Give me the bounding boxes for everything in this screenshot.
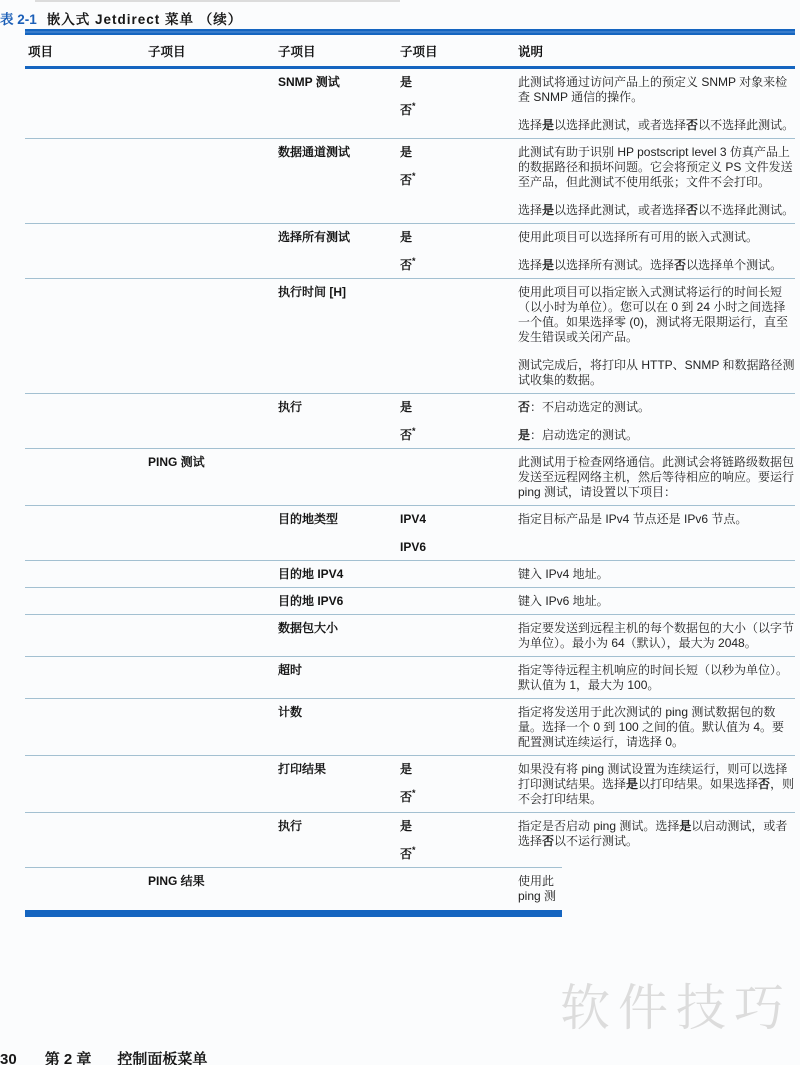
values-cell: 是否*	[400, 819, 518, 862]
table-row: 打印结果是否*如果没有将 ping 测试设置为连续运行，则可以选择打印测试结果。…	[25, 756, 795, 812]
item-cell	[28, 230, 148, 273]
description-cell: 指定将发送用于此次测试的 ping 测试数据包的数量。选择一个 0 到 100 …	[518, 705, 795, 750]
subitem2-cell: 执行	[278, 400, 400, 443]
description-cell: 键入 IPv6 地址。	[518, 594, 795, 609]
item-cell	[28, 621, 148, 651]
item-cell	[28, 663, 148, 693]
table-row: 执行是否*指定是否启动 ping 测试。选择是以启动测试，或者选择否以不运行测试…	[25, 813, 795, 867]
description-cell: 指定要发送到远程主机的每个数据包的大小（以字节为单位）。最小为 64（默认），最…	[518, 621, 795, 651]
table-row: 目的地 IPV6键入 IPv6 地址。	[25, 588, 795, 614]
subitem2-cell	[278, 874, 400, 904]
table-row: 超时指定等待远程主机响应的时间长短（以秒为单位）。默认值为 1，最大为 100。	[25, 657, 795, 698]
subitem1-cell: PING 结果	[148, 874, 278, 904]
table-row: 执行是否*否：不启动选定的测试。是：启动选定的测试。	[25, 394, 795, 448]
value-option: 是	[400, 762, 518, 777]
values-cell	[400, 455, 518, 500]
subitem1-cell	[148, 145, 278, 218]
description-cell: 指定等待远程主机响应的时间长短（以秒为单位）。默认值为 1，最大为 100。	[518, 663, 795, 693]
table-row: 数据包大小指定要发送到远程主机的每个数据包的大小（以字节为单位）。最小为 64（…	[25, 615, 795, 656]
values-cell	[400, 874, 518, 904]
values-cell: 是否*	[400, 400, 518, 443]
subitem1-cell	[148, 594, 278, 609]
values-cell: 是否*	[400, 230, 518, 273]
subitem1-cell	[148, 762, 278, 807]
table-row: 执行时间 [H]使用此项目可以指定嵌入式测试将运行的时间长短（以小时为单位）。您…	[25, 279, 795, 393]
value-option: 否*	[400, 103, 518, 118]
header-item: 项目	[28, 42, 148, 60]
subitem2-cell: 数据包大小	[278, 621, 400, 651]
subitem2-cell: 目的地 IPV6	[278, 594, 400, 609]
subitem1-cell	[148, 230, 278, 273]
subitem2-cell: 目的地类型	[278, 512, 400, 555]
value-option: 是	[400, 819, 518, 834]
table-row: PING 测试此测试用于检查网络通信。此测试会将链路级数据包发送至远程网络主机，…	[25, 449, 795, 505]
footer-chapter: 第 2 章	[45, 1051, 92, 1065]
subitem1-cell	[148, 400, 278, 443]
description-cell: 否：不启动选定的测试。是：启动选定的测试。	[518, 400, 795, 443]
subitem2-cell: 目的地 IPV4	[278, 567, 400, 582]
values-cell	[400, 663, 518, 693]
description-cell: 键入 IPv4 地址。	[518, 567, 795, 582]
header-subitem-1: 子项目	[148, 42, 278, 60]
item-cell	[28, 145, 148, 218]
description-cell: 此测试有助于识别 HP postscript level 3 仿真产品上的数据路…	[518, 145, 795, 218]
header-subitem-3: 子项目	[400, 42, 518, 60]
values-cell: 是否*	[400, 75, 518, 133]
table-row: PING 结果使用此ping 测	[25, 868, 795, 909]
table-row: 目的地 IPV4键入 IPv4 地址。	[25, 561, 795, 587]
subitem2-cell: 执行	[278, 819, 400, 862]
values-cell	[400, 567, 518, 582]
table-bottom-rule	[25, 910, 562, 917]
footer-chapter-title: 控制面板菜单	[117, 1051, 207, 1065]
subitem1-cell: PING 测试	[148, 455, 278, 500]
table-caption: 表 2-1嵌入式 Jetdirect 菜单 （续）	[0, 8, 242, 28]
watermark-text: 软件技巧	[560, 968, 792, 1040]
table-row: 选择所有测试是否*使用此项目可以选择所有可用的嵌入式测试。选择是以选择所有测试。…	[25, 224, 795, 278]
footer-page-number: 30	[0, 1051, 17, 1065]
subitem2-cell: 数据通道测试	[278, 145, 400, 218]
value-option: 是	[400, 145, 518, 160]
item-cell	[28, 874, 148, 904]
description-cell: 指定是否启动 ping 测试。选择是以启动测试，或者选择否以不运行测试。	[518, 819, 795, 862]
item-cell	[28, 455, 148, 500]
subitem1-cell	[148, 819, 278, 862]
subitem1-cell	[148, 512, 278, 555]
item-cell	[28, 762, 148, 807]
subitem1-cell	[148, 621, 278, 651]
item-cell	[28, 285, 148, 388]
value-option: 是	[400, 400, 518, 415]
value-option: 否*	[400, 173, 518, 188]
table-row: 计数指定将发送用于此次测试的 ping 测试数据包的数量。选择一个 0 到 10…	[25, 699, 795, 755]
description-cell: 指定目标产品是 IPv4 节点还是 IPv6 节点。	[518, 512, 795, 555]
table-row: SNMP 测试是否*此测试将通过访问产品上的预定义 SNMP 对象来检查 SNM…	[25, 69, 795, 138]
subitem1-cell	[148, 663, 278, 693]
description-cell: 使用此项目可以选择所有可用的嵌入式测试。选择是以选择所有测试。选择否以选择单个测…	[518, 230, 795, 273]
header-subitem-2: 子项目	[278, 42, 400, 60]
table-caption-title: 嵌入式 Jetdirect 菜单 （续）	[47, 12, 243, 27]
values-cell: 是否*	[400, 762, 518, 807]
values-cell	[400, 621, 518, 651]
subitem1-cell	[148, 567, 278, 582]
values-cell	[400, 594, 518, 609]
subitem2-cell: 计数	[278, 705, 400, 750]
values-cell	[400, 705, 518, 750]
page-footer: 30第 2 章控制面板菜单	[0, 1048, 207, 1065]
values-cell	[400, 285, 518, 388]
value-option: 是	[400, 75, 518, 90]
subitem1-cell	[148, 75, 278, 133]
table-row: 数据通道测试是否*此测试有助于识别 HP postscript level 3 …	[25, 139, 795, 223]
value-option: 否*	[400, 258, 518, 273]
table-rows: SNMP 测试是否*此测试将通过访问产品上的预定义 SNMP 对象来检查 SNM…	[25, 69, 795, 909]
values-cell: IPV4IPV6	[400, 512, 518, 555]
value-option: IPV4	[400, 512, 518, 527]
value-option: IPV6	[400, 540, 518, 555]
value-option: 是	[400, 230, 518, 245]
description-cell: 此测试将通过访问产品上的预定义 SNMP 对象来检查 SNMP 通信的操作。选择…	[518, 75, 795, 133]
table-header-row: 项目 子项目 子项目 子项目 说明	[25, 35, 795, 66]
value-option: 否*	[400, 428, 518, 443]
scan-artifact-line	[35, 0, 400, 2]
jetdirect-menu-table: 项目 子项目 子项目 子项目 说明 SNMP 测试是否*此测试将通过访问产品上的…	[25, 29, 795, 917]
values-cell: 是否*	[400, 145, 518, 218]
item-cell	[28, 75, 148, 133]
subitem1-cell	[148, 285, 278, 388]
subitem2-cell: 选择所有测试	[278, 230, 400, 273]
description-cell: 使用此ping 测	[518, 874, 795, 904]
value-option: 否*	[400, 790, 518, 805]
item-cell	[28, 594, 148, 609]
description-cell: 如果没有将 ping 测试设置为连续运行，则可以选择打印测试结果。选择是以打印结…	[518, 762, 795, 807]
table-caption-label: 表 2-1	[0, 12, 37, 27]
subitem2-cell: 执行时间 [H]	[278, 285, 400, 388]
subitem2-cell: SNMP 测试	[278, 75, 400, 133]
subitem1-cell	[148, 705, 278, 750]
item-cell	[28, 400, 148, 443]
description-cell: 使用此项目可以指定嵌入式测试将运行的时间长短（以小时为单位）。您可以在 0 到 …	[518, 285, 795, 388]
table-row: 目的地类型IPV4IPV6指定目标产品是 IPv4 节点还是 IPv6 节点。	[25, 506, 795, 560]
value-option: 否*	[400, 847, 518, 862]
item-cell	[28, 512, 148, 555]
header-description: 说明	[518, 42, 795, 60]
item-cell	[28, 705, 148, 750]
description-cell: 此测试用于检查网络通信。此测试会将链路级数据包发送至远程网络主机，然后等待相应的…	[518, 455, 795, 500]
subitem2-cell	[278, 455, 400, 500]
subitem2-cell: 打印结果	[278, 762, 400, 807]
subitem2-cell: 超时	[278, 663, 400, 693]
item-cell	[28, 819, 148, 862]
item-cell	[28, 567, 148, 582]
